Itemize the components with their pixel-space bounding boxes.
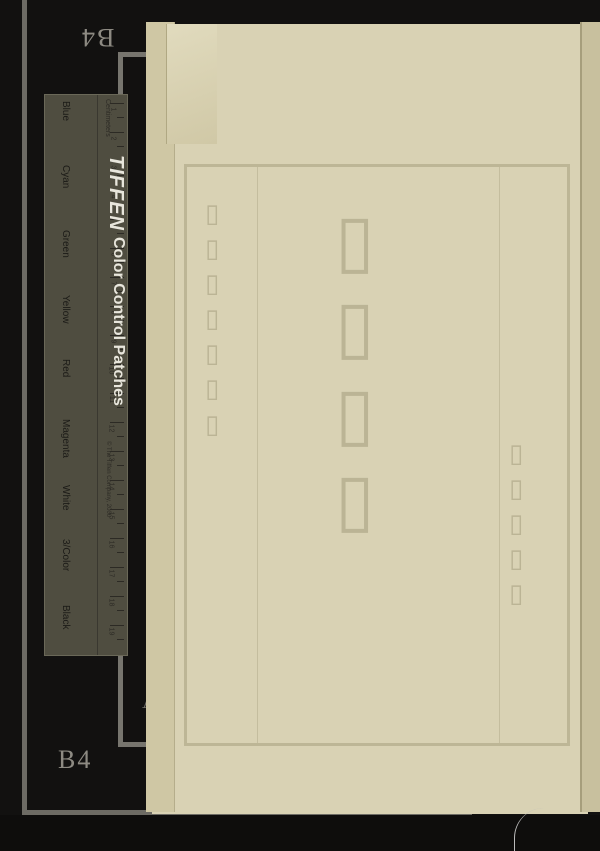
ruler-half-tick	[117, 639, 124, 640]
ruler-half-tick	[117, 523, 124, 524]
ruler-tick	[110, 596, 124, 597]
ruler-half-tick	[117, 610, 124, 611]
patch-label-black: Black	[60, 605, 71, 629]
mat-label-bottom: B4	[58, 745, 92, 775]
ruler-half-tick	[117, 552, 124, 553]
ruler-half-tick	[117, 494, 124, 495]
patch-label-3color: 3/Color	[60, 539, 71, 571]
faded-character: ▯	[205, 408, 219, 443]
title-text: ▯▯▯▯	[335, 197, 375, 543]
ruler-tick	[110, 422, 124, 423]
brand-logo: TIFFEN	[104, 155, 127, 231]
faded-character: ▯	[509, 542, 523, 577]
faded-character: ▯	[509, 507, 523, 542]
ruler-half-tick	[117, 436, 124, 437]
title-page-frame: ▯▯▯▯▯▯▯ ▯▯▯▯ ▯▯▯▯▯	[184, 164, 570, 746]
ruler-tick	[110, 451, 124, 452]
faded-character: ▯	[509, 577, 523, 612]
patch-label-yellow: Yellow	[60, 295, 71, 324]
ruler-half-tick	[117, 407, 124, 408]
faded-character: ▯	[335, 283, 375, 369]
ruler-number: 2	[110, 137, 117, 141]
faded-character: ▯	[205, 197, 219, 232]
ruler-tick	[110, 509, 124, 510]
copyright-text: © The Tiffen Company, 2000	[105, 441, 111, 517]
right-column-text: ▯▯▯▯▯	[509, 437, 523, 612]
ruler-half-tick	[117, 581, 124, 582]
faded-character: ▯	[509, 472, 523, 507]
patch-label-blue: Blue	[60, 101, 71, 121]
column-rule-left	[257, 167, 258, 743]
ruler-tick	[110, 132, 124, 133]
patch-label-white: White	[60, 485, 71, 511]
ruler-number: 16	[108, 541, 115, 549]
faded-character: ▯	[205, 267, 219, 302]
ruler-number: 17	[108, 570, 115, 578]
faded-character: ▯	[335, 370, 375, 456]
book-fore-edge	[580, 22, 600, 812]
faded-character: ▯	[509, 437, 523, 472]
patch-label-cyan: Cyan	[60, 165, 71, 188]
units-label: Centimeters	[104, 99, 111, 137]
faded-character: ▯	[335, 456, 375, 542]
ruler-half-tick	[117, 117, 124, 118]
mat-label-top: B4	[80, 22, 114, 52]
color-control-target: 12345678910111213141516171819 Centimeter…	[44, 94, 128, 656]
patch-label-red: Red	[60, 359, 71, 377]
ruler-tick	[110, 567, 124, 568]
faded-character: ▯	[205, 232, 219, 267]
faded-character: ▯	[335, 197, 375, 283]
target-title: Color Control Patches	[109, 237, 127, 406]
ruler-number: 18	[108, 599, 115, 607]
faded-character: ▯	[205, 372, 219, 407]
ruler-half-tick	[117, 233, 124, 234]
faded-character: ▯	[205, 302, 219, 337]
left-column-text: ▯▯▯▯▯▯▯	[205, 197, 219, 443]
ruler-half-tick	[117, 146, 124, 147]
ruler-half-tick	[117, 465, 124, 466]
ruler-number: 19	[108, 628, 115, 636]
page-folded-corner	[166, 24, 217, 144]
ruler-tick	[110, 538, 124, 539]
faded-character: ▯	[205, 337, 219, 372]
ruler-tick	[110, 480, 124, 481]
ruler-number: 12	[108, 425, 115, 433]
bottom-background	[0, 815, 600, 851]
column-rule-right	[499, 167, 500, 743]
patch-label-magenta: Magenta	[60, 419, 71, 458]
ruler-tick	[110, 625, 124, 626]
ruler-tick	[110, 103, 124, 104]
patch-label-green: Green	[60, 230, 71, 258]
